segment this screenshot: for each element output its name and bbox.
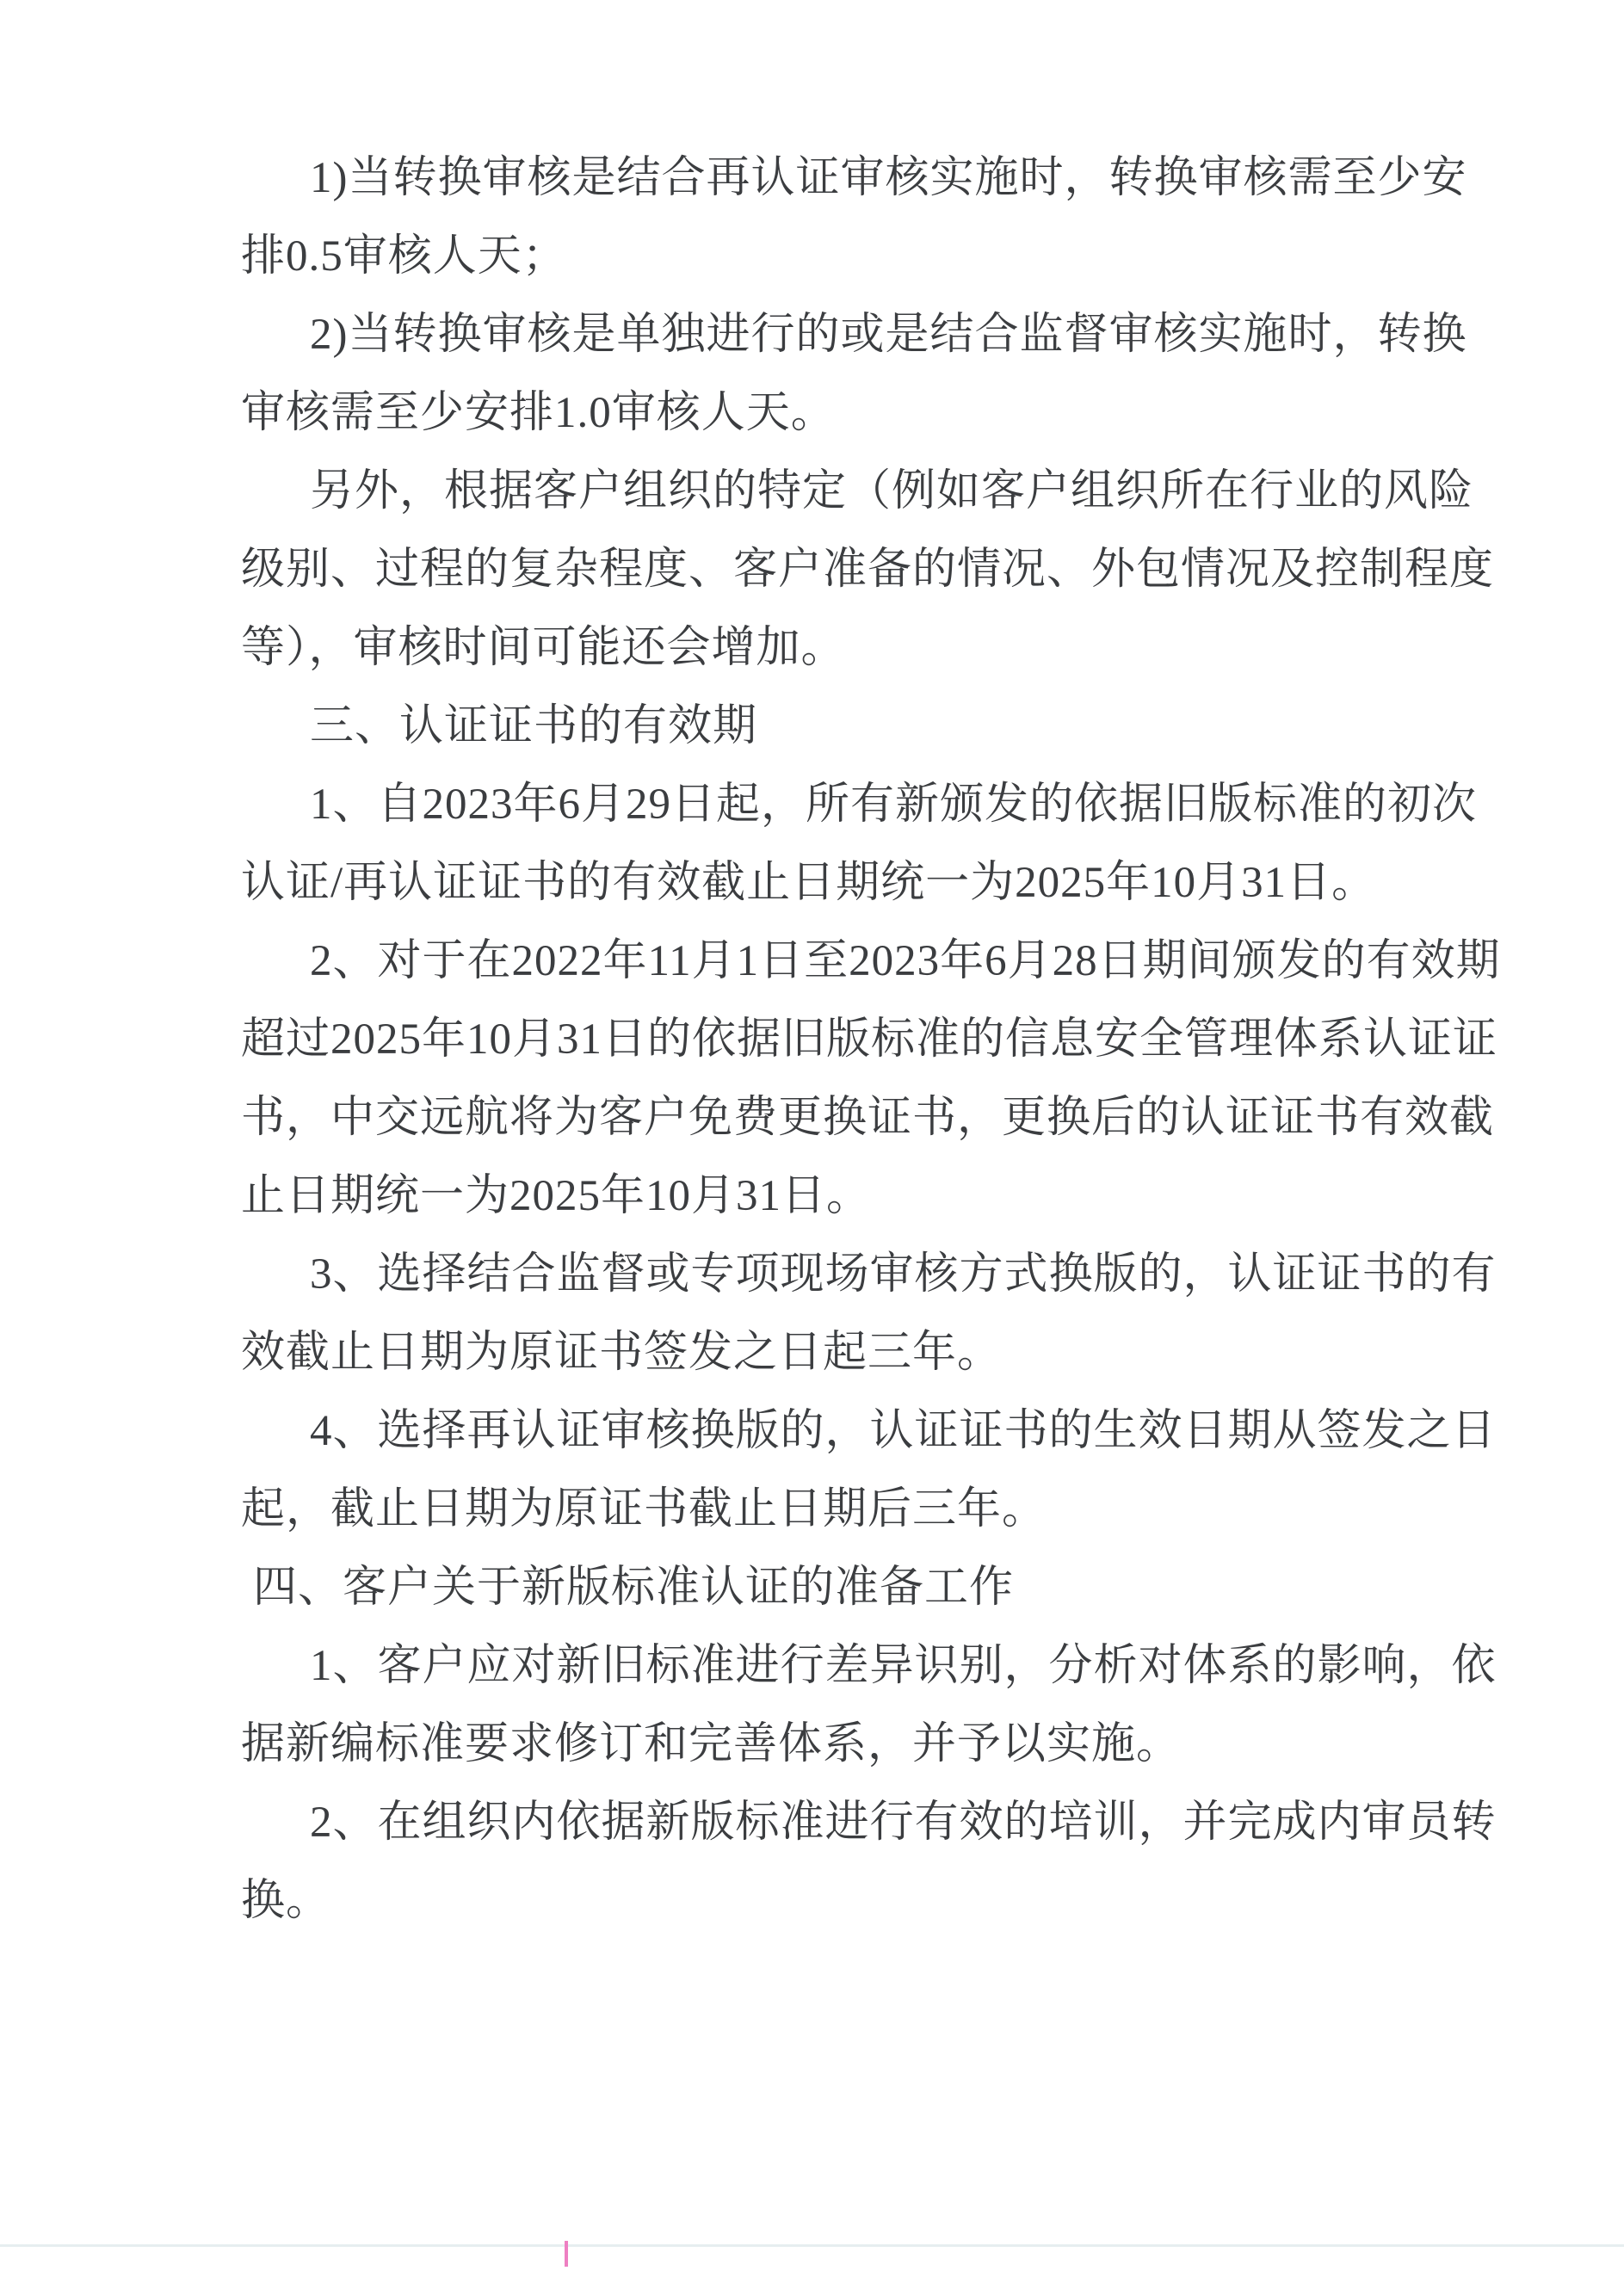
document-line: 1、自2023年6月29日起，所有新颁发的依据旧版标准的初次: [241, 766, 1497, 844]
document-line: 书，中交远航将为客户免费更换证书，更换后的认证证书有效截: [241, 1079, 1497, 1157]
document-line: 认证/再认证证书的有效截止日期统一为2025年10月31日。: [241, 844, 1497, 923]
document-line: 另外，根据客户组织的特定（例如客户组织所在行业的风险: [241, 453, 1497, 531]
document-line: 等），审核时间可能还会增加。: [241, 609, 1497, 688]
document-line: 四、客户关于新版标准认证的准备工作: [241, 1549, 1497, 1627]
document-line: 1)当转换审核是结合再认证审核实施时，转换审核需至少安: [241, 139, 1497, 218]
document-line: 起，截止日期为原证书截止日期后三年。: [241, 1471, 1497, 1549]
document-line: 2、对于在2022年11月1日至2023年6月28日期间颁发的有效期: [241, 923, 1497, 1001]
document-line: 超过2025年10月31日的依据旧版标准的信息安全管理体系认证证: [241, 1001, 1497, 1079]
document-line: 效截止日期为原证书签发之日起三年。: [241, 1314, 1497, 1392]
document-line: 4、选择再认证审核换版的，认证证书的生效日期从签发之日: [241, 1392, 1497, 1471]
document-line: 2、在组织内依据新版标准进行有效的培训，并完成内审员转: [241, 1784, 1497, 1862]
document-line: 三、认证证书的有效期: [241, 688, 1497, 766]
document-line: 级别、过程的复杂程度、客户准备的情况、外包情况及控制程度: [241, 531, 1497, 609]
document-line: 审核需至少安排1.0审核人天。: [241, 374, 1497, 453]
pink-tick-artifact: [565, 2241, 568, 2267]
document-page: 1)当转换审核是结合再认证审核实施时，转换审核需至少安排0.5审核人天；2)当转…: [0, 0, 1624, 2277]
document-line: 据新编标准要求修订和完善体系，并予以实施。: [241, 1706, 1497, 1784]
document-line: 1、客户应对新旧标准进行差异识别，分析对体系的影响，依: [241, 1627, 1497, 1706]
document-body: 1)当转换审核是结合再认证审核实施时，转换审核需至少安排0.5审核人天；2)当转…: [241, 139, 1497, 1941]
document-line: 换。: [241, 1862, 1497, 1941]
document-line: 止日期统一为2025年10月31日。: [241, 1157, 1497, 1236]
document-line: 3、选择结合监督或专项现场审核方式换版的，认证证书的有: [241, 1236, 1497, 1314]
document-line: 2)当转换审核是单独进行的或是结合监督审核实施时，转换: [241, 296, 1497, 374]
scan-line-artifact: [0, 2244, 1624, 2247]
document-line: 排0.5审核人天；: [241, 218, 1497, 296]
